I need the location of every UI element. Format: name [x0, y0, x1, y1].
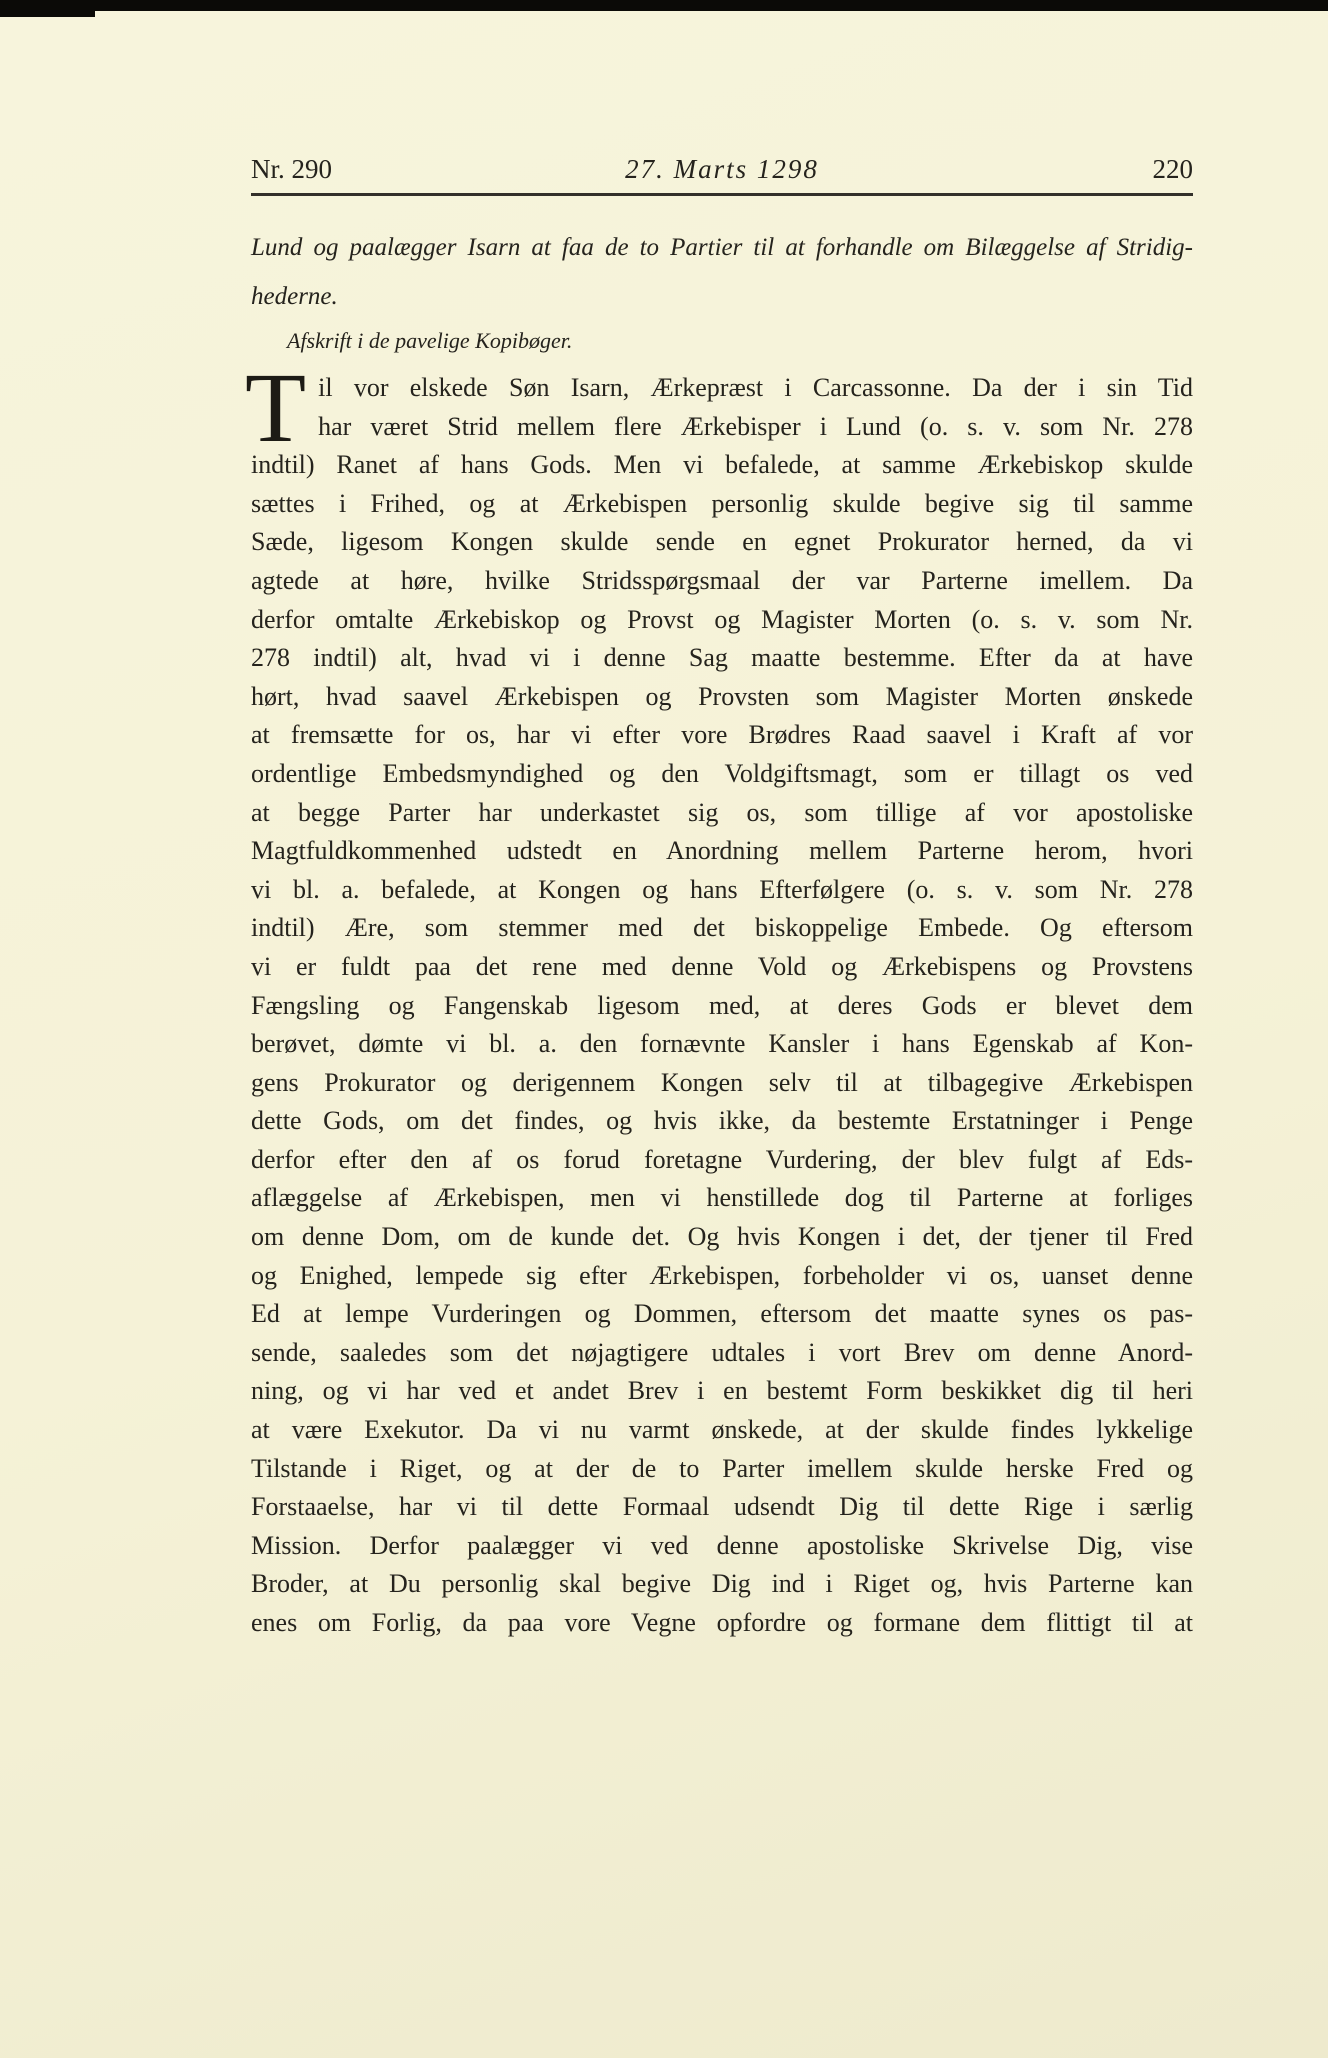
drop-cap: T — [245, 369, 318, 445]
source-note: Afskrift i de pavelige Kopibøger. — [251, 326, 1193, 356]
scan-edge-bar — [0, 0, 1328, 11]
body-line: il vor elskede Søn Isarn, Ærkepræst i Ca… — [251, 369, 1193, 408]
body-line: at være Exekutor. Da vi nu varmt ønskede… — [251, 1411, 1193, 1450]
body-line: hørt, hvad saavel Ærkebispen og Provsten… — [251, 678, 1193, 717]
body-line: dette Gods, om det findes, og hvis ikke,… — [251, 1102, 1193, 1141]
page-header: Nr. 290 27. Marts 1298 220 — [251, 150, 1193, 188]
body-line: Mission. Derfor paalægger vi ved denne a… — [251, 1527, 1193, 1566]
body-line: at begge Parter har underkastet sig os, … — [251, 794, 1193, 833]
summary-line-1: Lund og paalægger Isarn at faa de to Par… — [251, 223, 1193, 272]
body-line: 278 indtil) alt, hvad vi i denne Sag maa… — [251, 639, 1193, 678]
body-line: vi bl. a. befalede, at Kongen og hans Ef… — [251, 871, 1193, 910]
body-line: agtede at høre, hvilke Stridsspørgsmaal … — [251, 562, 1193, 601]
date-heading: 27. Marts 1298 — [251, 150, 1193, 188]
body-line: derfor efter den af os forud foretagne V… — [251, 1141, 1193, 1180]
body-line: Tilstande i Riget, og at der de to Parte… — [251, 1450, 1193, 1489]
body-line: at fremsætte for os, har vi efter vore B… — [251, 716, 1193, 755]
body-line: ning, og vi har ved et andet Brev i en b… — [251, 1372, 1193, 1411]
body-line: gens Prokurator og derigennem Kongen sel… — [251, 1064, 1193, 1103]
body-line: aflæggelse af Ærkebispen, men vi henstil… — [251, 1179, 1193, 1218]
body-line: derfor omtalte Ærkebiskop og Provst og M… — [251, 601, 1193, 640]
body-line: vi er fuldt paa det rene med denne Vold … — [251, 948, 1193, 987]
body-line: indtil) Ære, som stemmer med det biskopp… — [251, 909, 1193, 948]
body-line: Ed at lempe Vurderingen og Dommen, efter… — [251, 1295, 1193, 1334]
body-line: har været Strid mellem flere Ærkebisper … — [251, 408, 1193, 447]
body-line: sende, saaledes som det nøjagtigere udta… — [251, 1334, 1193, 1373]
body-line: sættes i Frihed, og at Ærkebispen person… — [251, 485, 1193, 524]
body-line: enes om Forlig, da paa vore Vegne opford… — [251, 1604, 1193, 1643]
body-line: om denne Dom, om de kunde det. Og hvis K… — [251, 1218, 1193, 1257]
body-line: ordentlige Embedsmyndighed og den Voldgi… — [251, 755, 1193, 794]
body-line: og Enighed, lempede sig efter Ærkebispen… — [251, 1257, 1193, 1296]
body-line: Forstaaelse, har vi til dette Formaal ud… — [251, 1488, 1193, 1527]
body-text: T il vor elskede Søn Isarn, Ærkepræst i … — [251, 369, 1193, 1643]
body-line: berøvet, dømte vi bl. a. den fornævnte K… — [251, 1025, 1193, 1064]
summary-line-2: hederne. — [251, 272, 1193, 321]
page-sheet: Nr. 290 27. Marts 1298 220 Lund og paalæ… — [251, 150, 1193, 1643]
body-line: Broder, at Du personlig skal begive Dig … — [251, 1565, 1193, 1604]
body-line: Magtfuldkommenhed udstedt en Anordning m… — [251, 832, 1193, 871]
page-number: 220 — [1153, 150, 1194, 188]
header-rule — [251, 193, 1193, 196]
body-line: Sæde, ligesom Kongen skulde sende en egn… — [251, 523, 1193, 562]
body-line: Fængsling og Fangenskab ligesom med, at … — [251, 987, 1193, 1026]
summary-text: Lund og paalægger Isarn at faa de to Par… — [251, 223, 1193, 321]
body-line: indtil) Ranet af hans Gods. Men vi befal… — [251, 446, 1193, 485]
